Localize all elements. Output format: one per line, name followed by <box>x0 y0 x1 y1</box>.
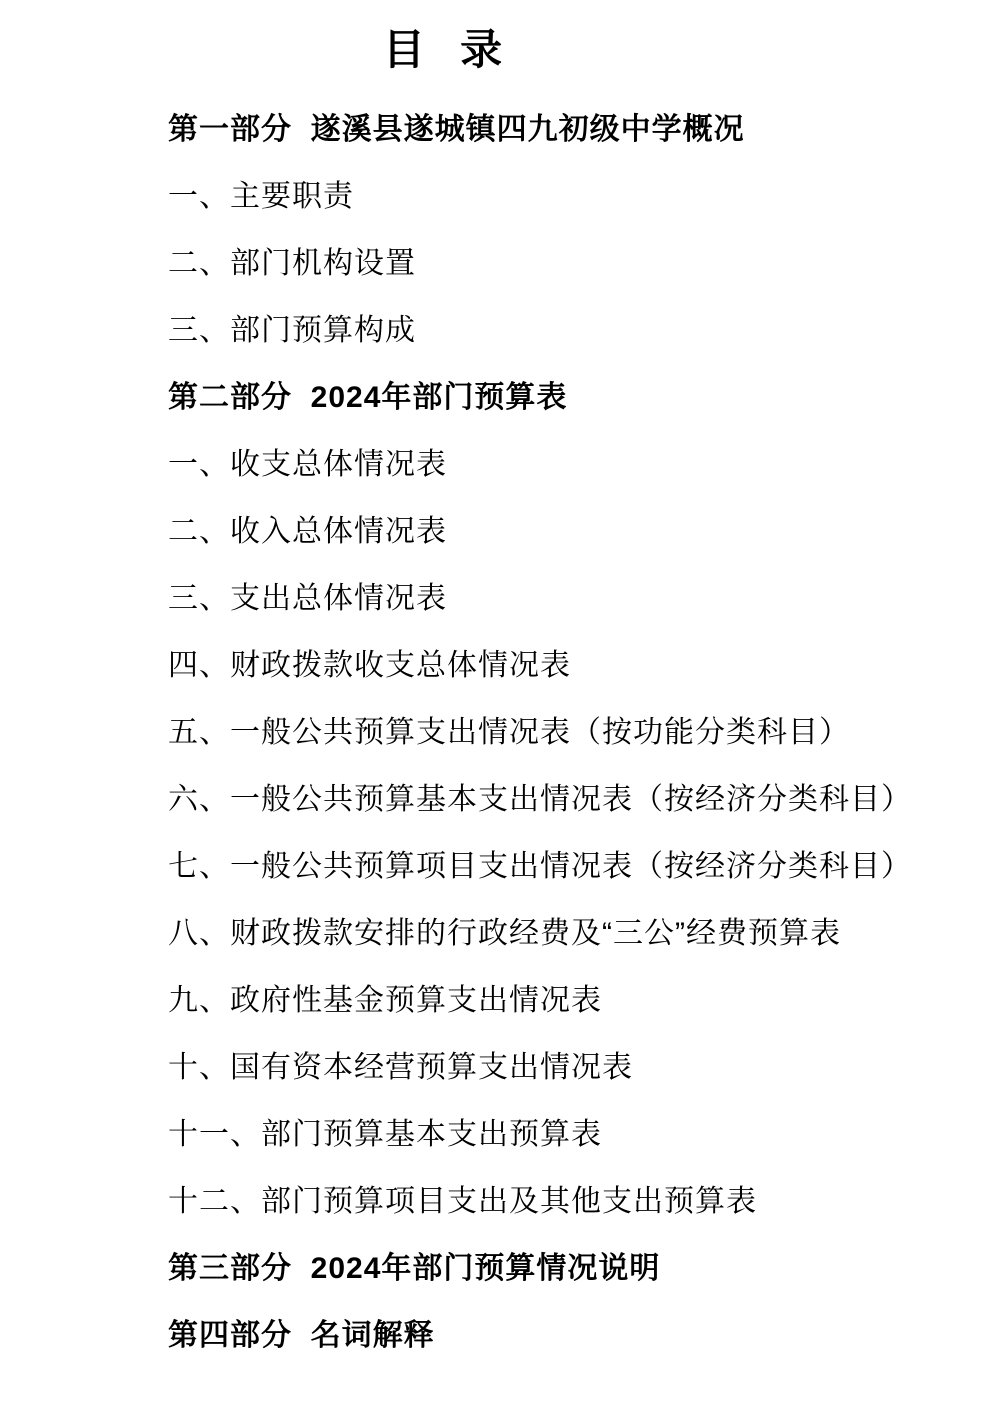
toc-section-part3: 第三部分 2024年部门预算情况说明 <box>168 1253 937 1284</box>
toc-item-revenue-expenditure-overview: 一、收支总体情况表 <box>168 449 937 480</box>
toc-item-government-fund-budget: 九、政府性基金预算支出情况表 <box>168 985 937 1016</box>
toc-item-expenditure-overview: 三、支出总体情况表 <box>168 583 937 614</box>
toc-section-part4: 第四部分 名词解释 <box>168 1320 937 1351</box>
toc-item-main-duties: 一、主要职责 <box>168 181 937 212</box>
toc-item-general-budget-expenditure-functional: 五、一般公共预算支出情况表（按功能分类科目） <box>168 717 937 748</box>
toc-item-budget-composition: 三、部门预算构成 <box>168 315 937 346</box>
page-title: 目 录 <box>60 24 829 76</box>
toc-item-state-capital-budget: 十、国有资本经营预算支出情况表 <box>168 1052 937 1083</box>
toc-item-dept-project-other-expenditure-budget: 十二、部门预算项目支出及其他支出预算表 <box>168 1186 937 1217</box>
toc-section-part1: 第一部分 遂溪县遂城镇四九初级中学概况 <box>168 114 937 145</box>
toc-item-revenue-overview: 二、收入总体情况表 <box>168 516 937 547</box>
toc-section-part2: 第二部分 2024年部门预算表 <box>168 382 937 413</box>
toc-page: 目 录 第一部分 遂溪县遂城镇四九初级中学概况 一、主要职责 二、部门机构设置 … <box>0 0 997 1403</box>
toc-item-dept-basic-expenditure-budget: 十一、部门预算基本支出预算表 <box>168 1119 937 1150</box>
toc-item-general-budget-basic-economic: 六、一般公共预算基本支出情况表（按经济分类科目） <box>168 784 937 815</box>
toc-item-admin-three-public-funds: 八、财政拨款安排的行政经费及“三公”经费预算表 <box>168 918 937 949</box>
toc-item-general-budget-project-economic: 七、一般公共预算项目支出情况表（按经济分类科目） <box>168 851 937 882</box>
toc-item-org-structure: 二、部门机构设置 <box>168 248 937 279</box>
toc-item-fiscal-appropriation-overview: 四、财政拨款收支总体情况表 <box>168 650 937 681</box>
